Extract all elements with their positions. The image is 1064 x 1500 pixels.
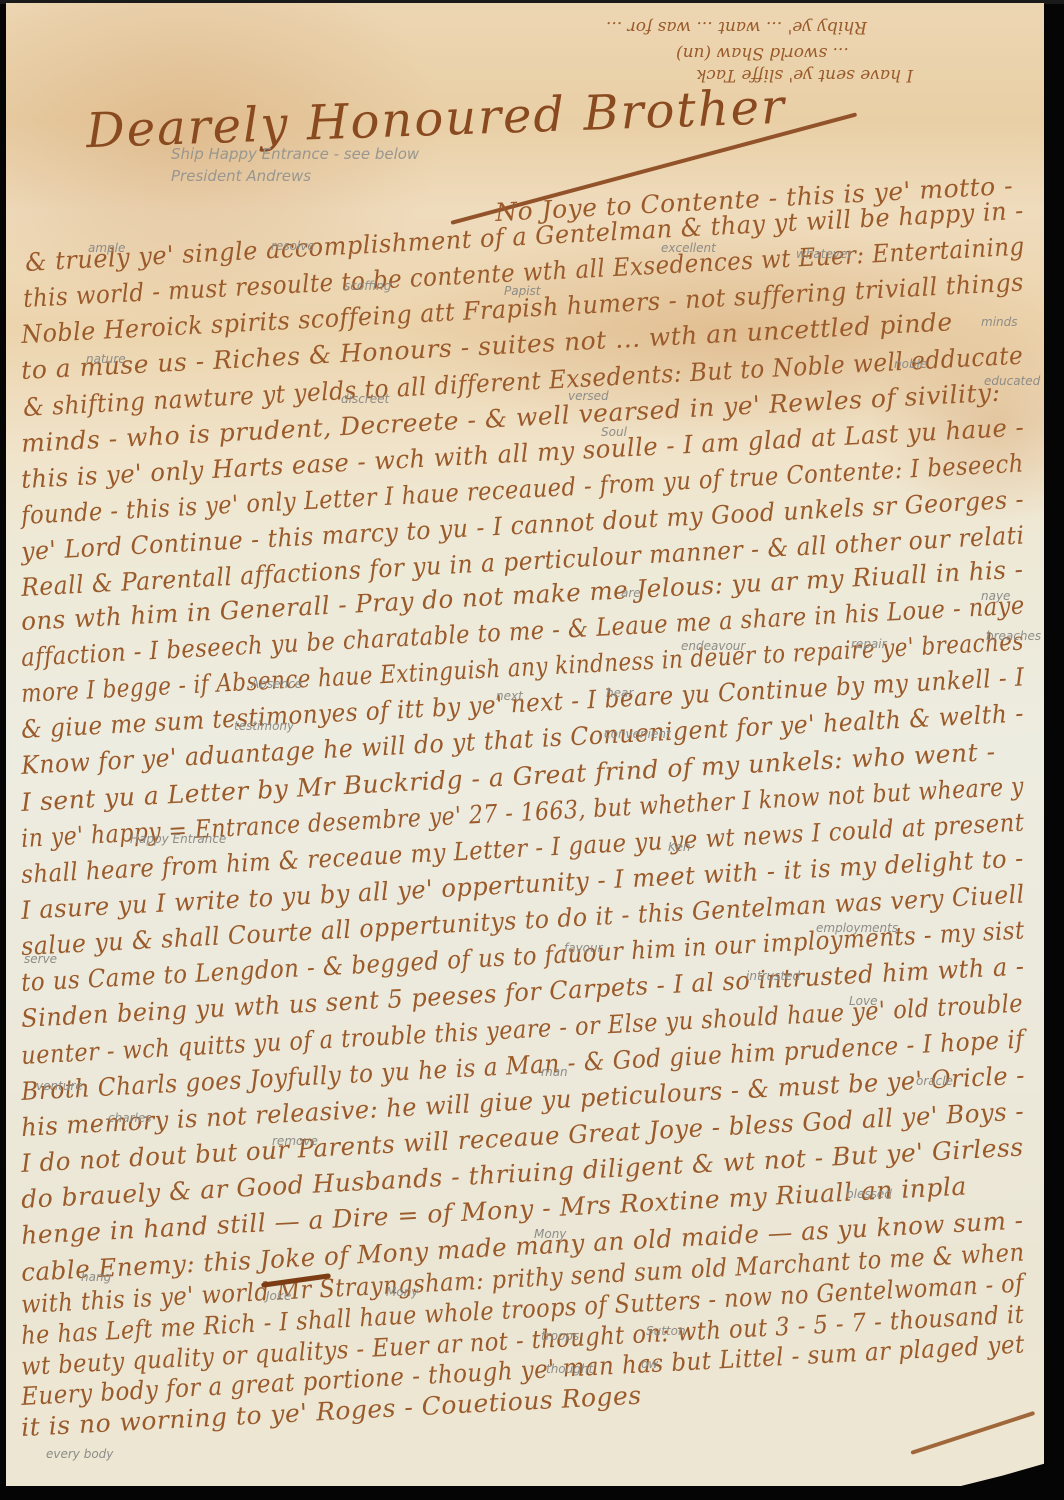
pencil-annotation: troops — [541, 1329, 579, 1343]
pencil-annotation: convenient — [604, 727, 671, 741]
pencil-annotation: naye — [981, 589, 1010, 603]
pencil-heading-line: Ship Happy Entrance - see below — [171, 143, 419, 165]
pencil-heading-note: Ship Happy Entrance - see below Presiden… — [171, 143, 419, 187]
pencil-annotation: blessed — [846, 1187, 892, 1201]
pencil-annotation: whatever — [796, 247, 852, 261]
pencil-annotation: Ken — [668, 840, 690, 854]
pencil-annotation: repair — [851, 637, 887, 651]
pencil-annotation: remove — [272, 1134, 318, 1148]
pencil-annotation: employments — [816, 921, 898, 935]
pencil-annotation: Absence — [251, 677, 302, 691]
pencil-annotation: Soul — [601, 425, 627, 439]
pencil-annotation: excellent — [661, 241, 716, 255]
manuscript-page: Rhiby ye' ... want ... was for ... ... s… — [6, 3, 1044, 1486]
pencil-annotation: hear — [606, 686, 633, 700]
pencil-annotation: breaches — [986, 629, 1041, 643]
pencil-annotation: discreet — [341, 392, 389, 406]
pencil-annotation: ample — [88, 241, 125, 255]
pencil-annotation: noble — [894, 357, 927, 371]
upside-down-note-line: ... sworld Shaw (un) — [676, 43, 849, 63]
pencil-annotation: Papist — [504, 284, 541, 298]
pencil-annotation: scoffing — [344, 279, 391, 293]
pencil-annotation: every body — [46, 1447, 113, 1461]
pencil-annotation: hang — [81, 1270, 111, 1284]
pencil-annotation: educated — [984, 374, 1040, 388]
pencil-annotation: Joke — [266, 1289, 291, 1303]
closing-flourish — [910, 1411, 1035, 1455]
pencil-annotation: man — [541, 1065, 568, 1079]
pencil-annotation: venture — [36, 1079, 83, 1093]
pencil-annotation: favour — [564, 941, 603, 955]
pencil-annotation: Sutton — [646, 1324, 686, 1338]
pencil-annotation: serve — [24, 952, 57, 966]
pencil-annotation: endeavour — [681, 639, 745, 653]
pencil-annotation: ow — [641, 1357, 658, 1371]
pencil-annotation: Love — [849, 994, 878, 1008]
upside-down-note-line: Rhiby ye' ... want ... was for ... — [606, 17, 867, 37]
pencil-annotation: next — [496, 689, 523, 703]
pencil-heading-line: President Andrews — [171, 165, 419, 187]
pencil-annotation: oracle — [916, 1074, 953, 1088]
pencil-annotation: nature — [86, 352, 126, 366]
pencil-annotation: Happy Entrance — [130, 832, 226, 846]
pencil-annotation: resolve — [271, 239, 315, 253]
pencil-annotation: Mony — [534, 1227, 566, 1241]
pencil-annotation: are — [621, 586, 641, 600]
pencil-annotation: charles — [108, 1111, 151, 1125]
pencil-annotation: testimony — [234, 719, 294, 733]
pencil-annotation: versed — [568, 389, 609, 403]
pencil-annotation: Mony — [386, 1285, 418, 1299]
pencil-annotation: thought — [546, 1362, 593, 1376]
pencil-annotation: minds — [981, 315, 1018, 329]
pencil-annotation: intrusted — [746, 969, 800, 983]
